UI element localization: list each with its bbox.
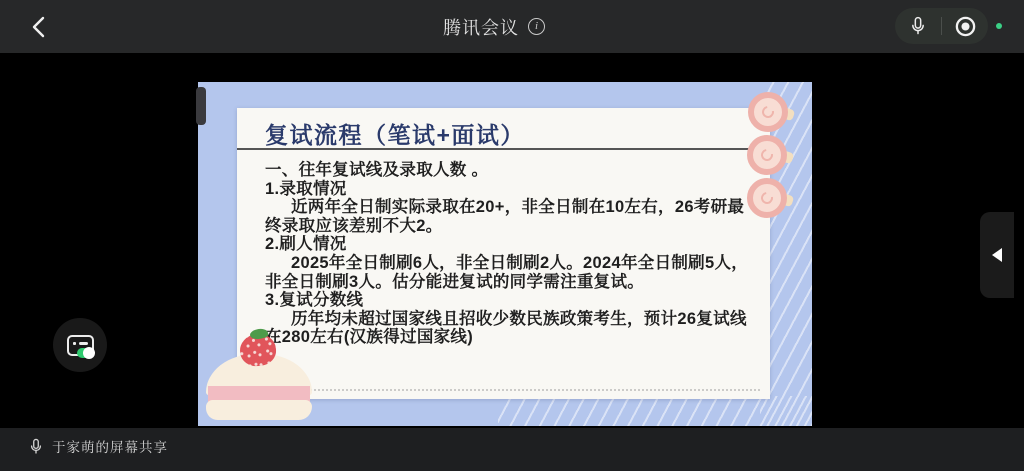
candy-decoration bbox=[747, 135, 787, 175]
microphone-icon bbox=[908, 16, 928, 36]
caption-toggle-button[interactable] bbox=[53, 318, 107, 372]
slide-text-line: 2.刷人情况 bbox=[265, 235, 753, 254]
back-button[interactable] bbox=[26, 13, 54, 41]
shared-slide: 复试流程（笔试+面试） 一、往年复试线及录取人数 。 1.录取情况 近两年全日制… bbox=[198, 82, 812, 426]
slide-content-card: 复试流程（笔试+面试） 一、往年复试线及录取人数 。 1.录取情况 近两年全日制… bbox=[237, 108, 770, 399]
slide-title: 复试流程（笔试+面试） bbox=[265, 117, 525, 150]
slide-text-line: 在280左右(汉族得过国家线) bbox=[265, 328, 753, 347]
slide-text-line: 近两年全日制实际录取在20+，非全日制在10左右，26考研最 bbox=[265, 198, 753, 217]
title-divider bbox=[237, 148, 770, 150]
chevron-left-icon bbox=[26, 13, 54, 41]
system-control-pill bbox=[895, 8, 988, 44]
record-icon bbox=[954, 15, 977, 38]
candy-decoration bbox=[747, 178, 787, 218]
slide-text-line: 终录取应该差别不大2。 bbox=[265, 217, 753, 236]
screen-share-status-label: 于家萌的屏幕共享 bbox=[52, 433, 168, 456]
slide-text-line: 3.复试分数线 bbox=[265, 291, 753, 310]
slide-text-line: 2025年全日制刷6人，非全日制刷2人。2024年全日制刷5人， bbox=[265, 254, 753, 273]
panel-expand-handle[interactable] bbox=[980, 212, 1014, 298]
candy-decoration bbox=[748, 92, 788, 132]
caption-icon bbox=[67, 335, 94, 356]
meeting-screen: 腾讯会议 i bbox=[0, 0, 1024, 471]
microphone-icon bbox=[28, 436, 44, 458]
triangle-left-icon bbox=[992, 248, 1002, 262]
meeting-title-group: 腾讯会议 i bbox=[443, 0, 545, 53]
record-button[interactable] bbox=[942, 8, 988, 44]
app-title: 腾讯会议 bbox=[443, 14, 519, 40]
slide-text-line: 一、往年复试线及录取人数 。 bbox=[265, 161, 753, 180]
slide-edge-tab bbox=[196, 87, 206, 125]
cake-decoration bbox=[206, 338, 312, 424]
info-icon[interactable]: i bbox=[528, 18, 545, 35]
bottom-bar: 于家萌的屏幕共享 bbox=[0, 428, 1024, 471]
privacy-indicator-dot bbox=[996, 23, 1002, 29]
slide-body: 一、往年复试线及录取人数 。 1.录取情况 近两年全日制实际录取在20+，非全日… bbox=[265, 161, 753, 347]
slide-text-line: 历年均未超过国家线且招收少数民族政策考生，预计26复试线 bbox=[265, 310, 753, 329]
shared-screen-stage: 复试流程（笔试+面试） 一、往年复试线及录取人数 。 1.录取情况 近两年全日制… bbox=[0, 53, 1024, 428]
slide-text-line: 1.录取情况 bbox=[265, 180, 753, 199]
slide-text-line: 非全日制刷3人。估分能进复试的同学需注重复试。 bbox=[265, 273, 753, 292]
microphone-button[interactable] bbox=[895, 8, 941, 44]
top-bar: 腾讯会议 i bbox=[0, 0, 1024, 53]
stripe-decoration-bottom bbox=[498, 396, 812, 426]
